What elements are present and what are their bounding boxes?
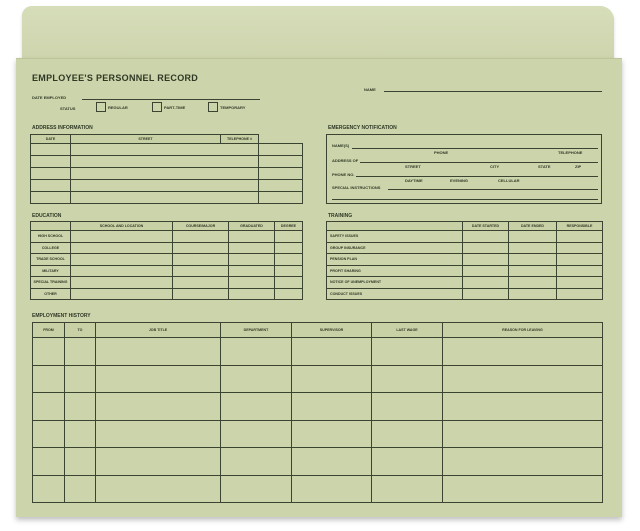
table-row[interactable] — [31, 144, 303, 156]
training-heading: TRAINING — [328, 213, 352, 219]
special-instructions-field-2[interactable] — [332, 199, 598, 200]
row-label: NOTICE OF UNEMPLOYMENT — [327, 277, 463, 289]
row-label: PROFIT SHARING — [327, 265, 463, 277]
table-row[interactable] — [31, 168, 303, 180]
special-instructions-field[interactable] — [388, 189, 598, 190]
table-row[interactable]: SPECIAL TRAINING — [31, 277, 303, 289]
table-row[interactable] — [33, 365, 603, 393]
training-table: DATE STARTED DATE ENDED RESPONSIBLE SAFE… — [326, 221, 603, 300]
column-header: COURSE/MAJOR — [173, 222, 229, 231]
row-label: GROUP INSURANCE — [327, 242, 463, 254]
table-row[interactable]: GROUP INSURANCE — [327, 242, 603, 254]
table-row[interactable]: TRADE SCHOOL — [31, 254, 303, 266]
sublabel: ZIP — [575, 164, 581, 169]
checkbox[interactable] — [208, 102, 218, 112]
emergency-phone-field[interactable] — [356, 176, 598, 177]
column-header: REASON FOR LEAVING — [443, 323, 603, 338]
checkbox[interactable] — [96, 102, 106, 112]
column-header: TELEPHONE # — [221, 135, 259, 144]
column-header — [31, 222, 71, 231]
employment-header-row: FROM TO JOB TITLE DEPARTMENT SUPERVISOR … — [33, 323, 603, 338]
row-label: SPECIAL TRAINING — [31, 277, 71, 289]
option-label: REGULAR — [108, 105, 128, 110]
status-parttime-option[interactable]: PART-TIME — [152, 102, 185, 112]
name-label: NAME — [364, 87, 376, 92]
column-header — [327, 222, 463, 231]
column-header: GRADUATED — [229, 222, 275, 231]
row-label: HIGH SCHOOL — [31, 231, 71, 243]
column-header: RESPONSIBLE — [557, 222, 603, 231]
table-row[interactable] — [33, 420, 603, 448]
table-row[interactable]: COLLEGE — [31, 242, 303, 254]
education-header-row: SCHOOL AND LOCATION COURSE/MAJOR GRADUAT… — [31, 222, 303, 231]
sublabel: STATE — [538, 164, 551, 169]
employment-heading: EMPLOYMENT HISTORY — [32, 313, 91, 319]
table-row[interactable] — [33, 475, 603, 503]
sublabel: EVENING — [450, 178, 468, 183]
emergency-name-label: NAME(S) — [332, 143, 349, 148]
column-header: DATE ENDED — [509, 222, 557, 231]
table-row[interactable]: PROFIT SHARING — [327, 265, 603, 277]
status-temporary-option[interactable]: TEMPORARY — [208, 102, 245, 112]
address-table: DATE STREET STATE ZIP TELEPHONE # — [30, 134, 303, 204]
option-label: PART-TIME — [164, 105, 185, 110]
checkbox[interactable] — [152, 102, 162, 112]
column-header: FROM — [33, 323, 65, 338]
column-header: SCHOOL AND LOCATION — [71, 222, 173, 231]
table-row[interactable] — [33, 393, 603, 421]
address-header-row: DATE STREET STATE ZIP TELEPHONE # — [31, 135, 303, 144]
row-label: OTHER — [31, 288, 71, 300]
folder-tab-edge — [22, 6, 614, 62]
column-header: STREET — [71, 135, 221, 144]
name-field[interactable] — [384, 91, 602, 92]
row-label: COLLEGE — [31, 242, 71, 254]
status-regular-option[interactable]: REGULAR — [96, 102, 128, 112]
form-title: EMPLOYEE'S PERSONNEL RECORD — [32, 73, 198, 83]
date-employed-label: DATE EMPLOYED — [32, 95, 66, 100]
column-header: DATE STARTED — [463, 222, 509, 231]
emergency-name-field[interactable] — [352, 148, 598, 149]
emergency-phone-label: PHONE NO. — [332, 172, 354, 177]
education-heading: EDUCATION — [32, 213, 61, 219]
table-row[interactable]: HIGH SCHOOL — [31, 231, 303, 243]
table-row[interactable] — [31, 156, 303, 168]
table-row[interactable]: OTHER — [31, 288, 303, 300]
emergency-address-label: ADDRESS OF — [332, 158, 358, 163]
special-instructions-label: SPECIAL INSTRUCTIONS — [332, 185, 380, 190]
column-header: DEGREE — [275, 222, 303, 231]
table-row[interactable]: SAFETY ISSUES — [327, 231, 603, 243]
column-header: SUPERVISOR — [292, 323, 372, 338]
table-row[interactable] — [31, 192, 303, 204]
emergency-heading: EMERGENCY NOTIFICATION — [328, 125, 397, 131]
training-header-row: DATE STARTED DATE ENDED RESPONSIBLE — [327, 222, 603, 231]
column-header: LAST WAGE — [372, 323, 443, 338]
table-row[interactable] — [33, 448, 603, 476]
sublabel: CITY — [490, 164, 499, 169]
row-label: TRADE SCHOOL — [31, 254, 71, 266]
table-row[interactable]: CONDUCT ISSUES — [327, 288, 603, 300]
column-header: JOB TITLE — [96, 323, 221, 338]
status-label: STATUS — [60, 106, 75, 111]
emergency-box — [326, 134, 602, 204]
option-label: TEMPORARY — [220, 105, 245, 110]
row-label: PENSION PLAN — [327, 254, 463, 266]
sublabel: DAYTIME — [405, 178, 423, 183]
column-header: TO — [65, 323, 96, 338]
sublabel: PHONE — [434, 150, 448, 155]
column-header: DEPARTMENT — [221, 323, 292, 338]
sublabel: TELEPHONE — [558, 150, 582, 155]
emergency-address-field[interactable] — [360, 162, 598, 163]
table-row[interactable]: NOTICE OF UNEMPLOYMENT — [327, 277, 603, 289]
address-heading: ADDRESS INFORMATION — [32, 125, 93, 131]
table-row[interactable]: PENSION PLAN — [327, 254, 603, 266]
row-label: CONDUCT ISSUES — [327, 288, 463, 300]
education-table: SCHOOL AND LOCATION COURSE/MAJOR GRADUAT… — [30, 221, 303, 300]
table-row[interactable] — [31, 180, 303, 192]
row-label: SAFETY ISSUES — [327, 231, 463, 243]
employment-table: FROM TO JOB TITLE DEPARTMENT SUPERVISOR … — [32, 322, 603, 503]
date-employed-field[interactable] — [82, 99, 260, 100]
column-header: DATE — [31, 135, 71, 144]
row-label: MILITARY — [31, 265, 71, 277]
sublabel: STREET — [405, 164, 421, 169]
sublabel: CELLULAR — [498, 178, 520, 183]
table-row[interactable] — [33, 338, 603, 366]
table-row[interactable]: MILITARY — [31, 265, 303, 277]
